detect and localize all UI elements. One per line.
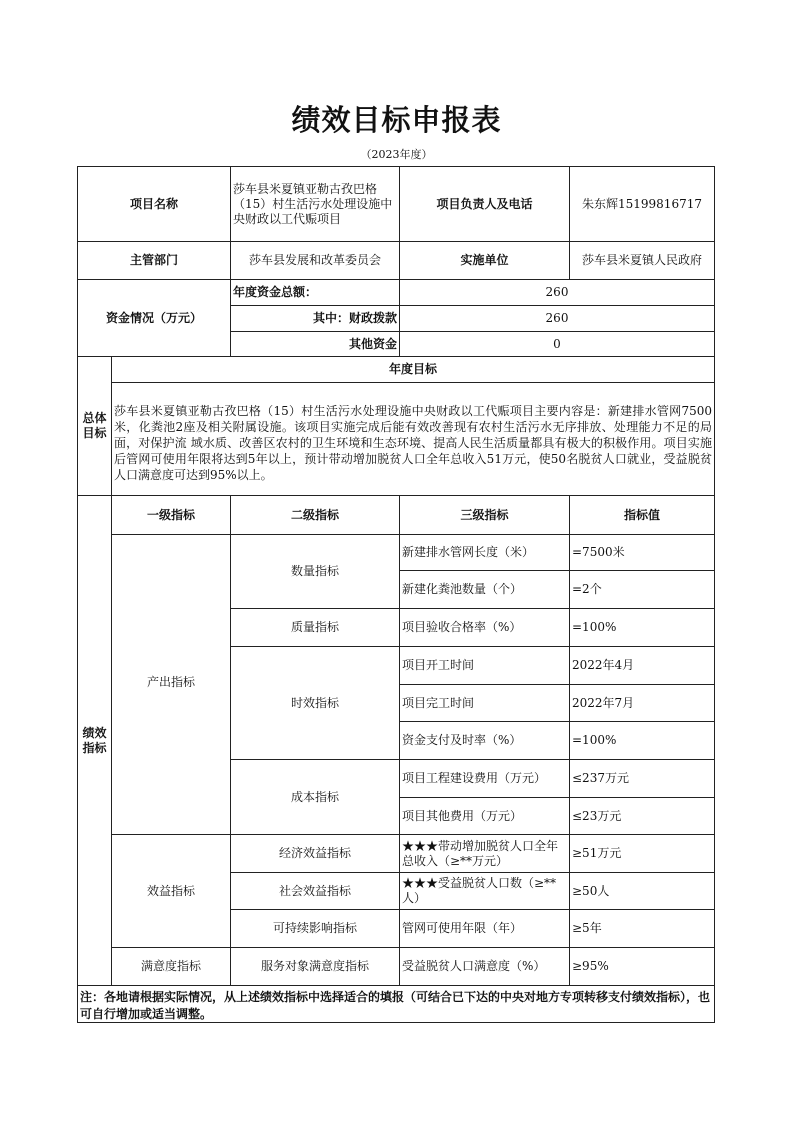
level2-quantity: 数量指标: [230, 534, 400, 609]
funds-section-label: 资金情况（万元）: [77, 279, 231, 357]
header-level3: 三级指标: [399, 495, 570, 535]
value-row: ≥51万元: [569, 834, 715, 873]
level3-row: 项目验收合格率（%）: [399, 608, 570, 647]
department-value: 莎车县发展和改革委员会: [230, 241, 400, 280]
level3-row: 受益脱贫人口满意度（%）: [399, 947, 570, 986]
implementing-value: 莎车县米夏镇人民政府: [569, 241, 715, 280]
level2-economic: 经济效益指标: [230, 834, 400, 873]
value-row: ≤23万元: [569, 797, 715, 835]
level1-satisfaction: 满意度指标: [111, 947, 231, 986]
value-row: =7500米: [569, 534, 715, 571]
funds-other-value: 0: [399, 331, 715, 357]
funds-other-label: 其他资金: [230, 331, 400, 357]
responsible-label: 项目负责人及电话: [399, 166, 570, 242]
indicators-side-label-2: 指标: [82, 741, 106, 756]
responsible-value: 朱东辉15199816717: [569, 166, 715, 242]
implementing-label: 实施单位: [399, 241, 570, 280]
value-row: ≤237万元: [569, 759, 715, 798]
value-row: 2022年7月: [569, 684, 715, 722]
value-row: ≥50人: [569, 872, 715, 910]
level1-benefit: 效益指标: [111, 834, 231, 948]
project-name-label: 项目名称: [77, 166, 231, 242]
header-level2: 二级指标: [230, 495, 400, 535]
level1-output: 产出指标: [111, 534, 231, 835]
footnote: 注：各地请根据实际情况，从上述绩效指标中选择适合的填报（可结合已下达的中央对地方…: [77, 985, 715, 1023]
level3-row: 项目工程建设费用（万元）: [399, 759, 570, 798]
header-level1: 一级指标: [111, 495, 231, 535]
department-label: 主管部门: [77, 241, 231, 280]
overall-goal-side-label-2: 目标: [82, 426, 106, 441]
level2-quality: 质量指标: [230, 608, 400, 647]
value-row: ≥95%: [569, 947, 715, 986]
annual-goal-text: 莎车县米夏镇亚勒古孜巴格（15）村生活污水处理设施中央财政以工代赈项目主要内容是…: [111, 382, 715, 496]
value-row: =100%: [569, 721, 715, 760]
annual-goal-header: 年度目标: [111, 356, 715, 383]
level2-service-satisfaction: 服务对象满意度指标: [230, 947, 400, 986]
level2-cost: 成本指标: [230, 759, 400, 835]
level3-row: 项目开工时间: [399, 646, 570, 685]
overall-goal-side-label-1: 总体: [82, 411, 106, 426]
level3-row: ★★★带动增加脱贫人口全年总收入（≥**万元）: [399, 834, 570, 873]
funds-total-value: 260: [399, 279, 715, 306]
value-row: 2022年4月: [569, 646, 715, 685]
level3-row: 资金支付及时率（%）: [399, 721, 570, 760]
funds-total-label: 年度资金总额：: [230, 279, 400, 306]
funds-fiscal-label: 其中：财政拨款: [230, 305, 400, 332]
value-row: =2个: [569, 570, 715, 609]
value-row: =100%: [569, 608, 715, 647]
indicators-side-label: 绩效 指标: [77, 495, 112, 986]
level3-row: 新建化粪池数量（个）: [399, 570, 570, 609]
level3-row: 管网可使用年限（年）: [399, 909, 570, 948]
level2-sustainability: 可持续影响指标: [230, 909, 400, 948]
value-row: ≥5年: [569, 909, 715, 948]
project-name-value: 莎车县米夏镇亚勒古孜巴格（15）村生活污水处理设施中央财政以工代赈项目: [230, 166, 400, 242]
overall-goal-side-label: 总体 目标: [77, 356, 112, 496]
level3-row: ★★★受益脱贫人口数（≥**人）: [399, 872, 570, 910]
indicators-side-label-1: 绩效: [82, 726, 106, 741]
level3-row: 新建排水管网长度（米）: [399, 534, 570, 571]
level2-social: 社会效益指标: [230, 872, 400, 910]
level3-row: 项目其他费用（万元）: [399, 797, 570, 835]
fiscal-year: （2023年度）: [0, 146, 793, 162]
funds-fiscal-value: 260: [399, 305, 715, 332]
page-title: 绩效目标申报表: [0, 98, 793, 139]
level2-timeliness: 时效指标: [230, 646, 400, 760]
level3-row: 项目完工时间: [399, 684, 570, 722]
header-value: 指标值: [569, 495, 715, 535]
